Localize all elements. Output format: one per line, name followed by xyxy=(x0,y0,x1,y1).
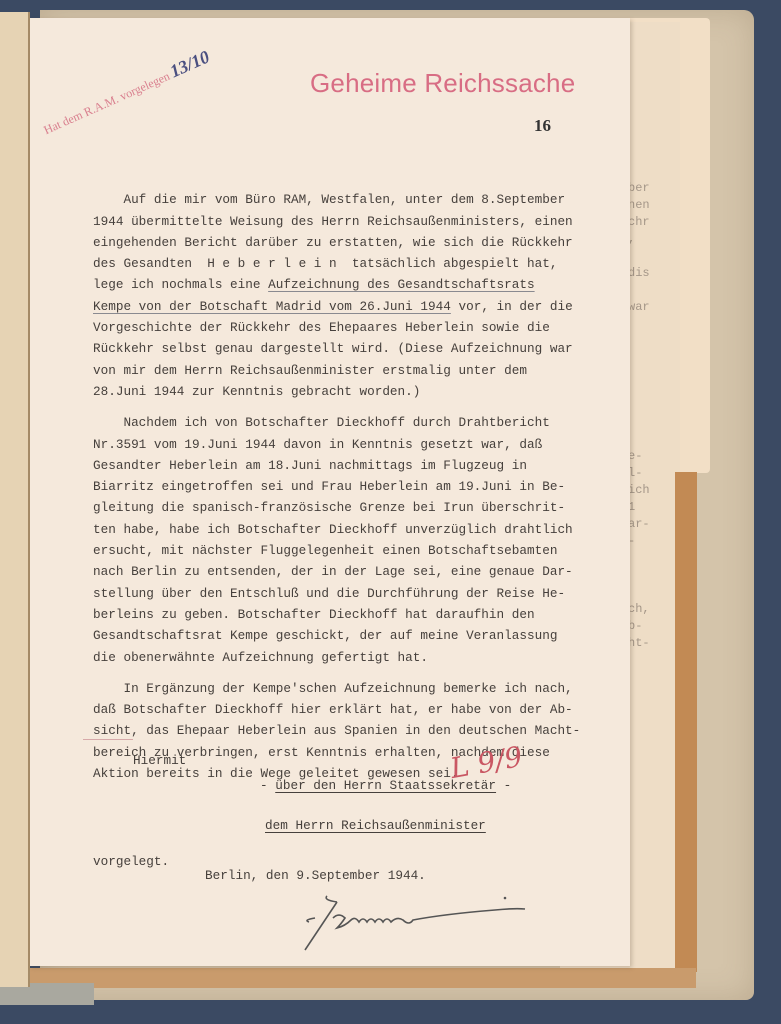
divider-mark xyxy=(83,739,133,740)
document-sheet: Geheime Reichssache 16 Hat dem R.A.M. vo… xyxy=(30,18,630,966)
page-number: 16 xyxy=(534,116,551,136)
text-line: 28.Juni 1944 zur Kenntnis gebracht worde… xyxy=(93,384,420,399)
handwritten-signature xyxy=(275,888,545,963)
text-line: eingehenden Bericht darüber zu erstatten… xyxy=(93,235,573,250)
left-book-page xyxy=(0,12,30,987)
classification-stamp-text: Geheime Reichssache xyxy=(310,68,575,98)
receipt-stamp-printed: Hat dem R.A.M. vorgelegen xyxy=(41,69,171,137)
text-line: Vorgeschichte der Rückkehr des Ehepaares… xyxy=(93,320,550,335)
folder-bottom-edge xyxy=(6,968,696,988)
text-line: 1944 übermittelte Weisung des Herrn Reic… xyxy=(93,214,573,229)
dash: - xyxy=(260,778,275,793)
dash: - xyxy=(496,778,511,793)
text-line: vor, in der die xyxy=(451,299,573,314)
paragraph-2: Nachdem ich von Botschafter Dieckhoff du… xyxy=(93,412,633,668)
routing-recipient-2: dem Herrn Reichsaußenminister xyxy=(265,818,486,833)
text-line: Auf die mir vom Büro RAM, Westfalen, unt… xyxy=(93,192,565,207)
text-line: von mir dem Herrn Reichsaußenminister er… xyxy=(93,363,527,378)
receipt-stamp: Hat dem R.A.M. vorgelegen 13/10 xyxy=(39,46,212,139)
closing-hiermit: Hiermit xyxy=(133,753,186,768)
signature-icon xyxy=(275,888,545,958)
classification-stamp: Geheime Reichssache xyxy=(310,68,575,99)
underlined-reference: Kempe von der Botschaft Madrid vom 26.Ju… xyxy=(93,299,451,314)
receipt-stamp-handwritten-date: 13/10 xyxy=(167,46,213,81)
text-line: des Gesandten H e b e r l e i n tatsächl… xyxy=(93,256,557,271)
underlined-reference: Aufzeichnung des Gesandtschaftsrats xyxy=(268,277,534,292)
paragraph-1: Auf die mir vom Büro RAM, Westfalen, unt… xyxy=(93,189,633,402)
place-date-line: Berlin, den 9.September 1944. xyxy=(205,868,426,883)
paragraph-3: In Ergänzung der Kempe'schen Aufzeichnun… xyxy=(93,678,633,784)
text-line: lege ich nochmals eine xyxy=(93,277,268,292)
closing-vorgelegt: vorgelegt. xyxy=(93,854,169,869)
text-line: Rückkehr selbst genau dargestellt wird. … xyxy=(93,341,573,356)
routing-line-2: dem Herrn Reichsaußenminister xyxy=(265,818,486,833)
folder-divider-strip xyxy=(675,472,697,972)
letter-body: Auf die mir vom Büro RAM, Westfalen, unt… xyxy=(93,168,633,837)
